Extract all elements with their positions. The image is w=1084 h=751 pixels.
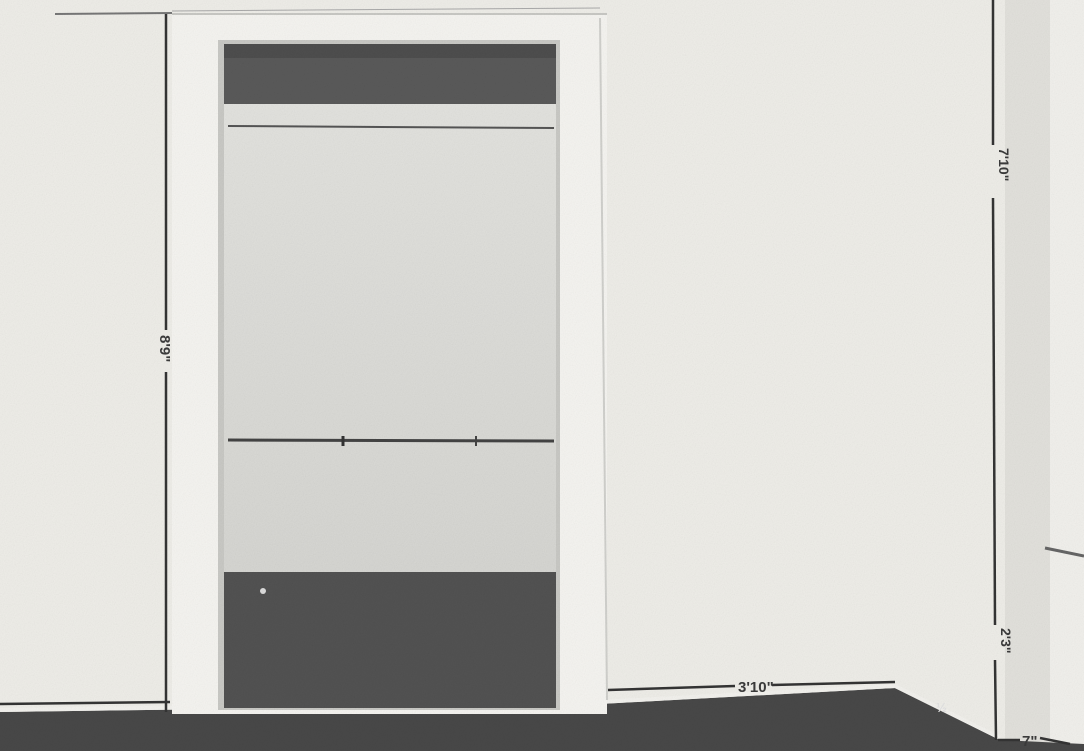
dimension-door-height: 8'9" xyxy=(156,335,173,362)
doorway-photo: 8'9" 3'10" 7'10" 2'3" ½ 7" xyxy=(0,0,1084,751)
lower-dark-panel xyxy=(224,572,556,708)
rail-line xyxy=(228,440,554,441)
dimension-wall-width: 3'10" xyxy=(738,679,774,696)
dimension-baseboard-slope: ½ xyxy=(936,700,947,715)
dimension-right-upper-height: 7'10" xyxy=(996,148,1012,181)
dimension-right-lower-height: 2'3" xyxy=(998,628,1014,654)
dimension-corner-offset: 7" xyxy=(1022,733,1037,750)
photo-illustration: 8'9" 3'10" 7'10" 2'3" ½ 7" xyxy=(0,0,1084,751)
